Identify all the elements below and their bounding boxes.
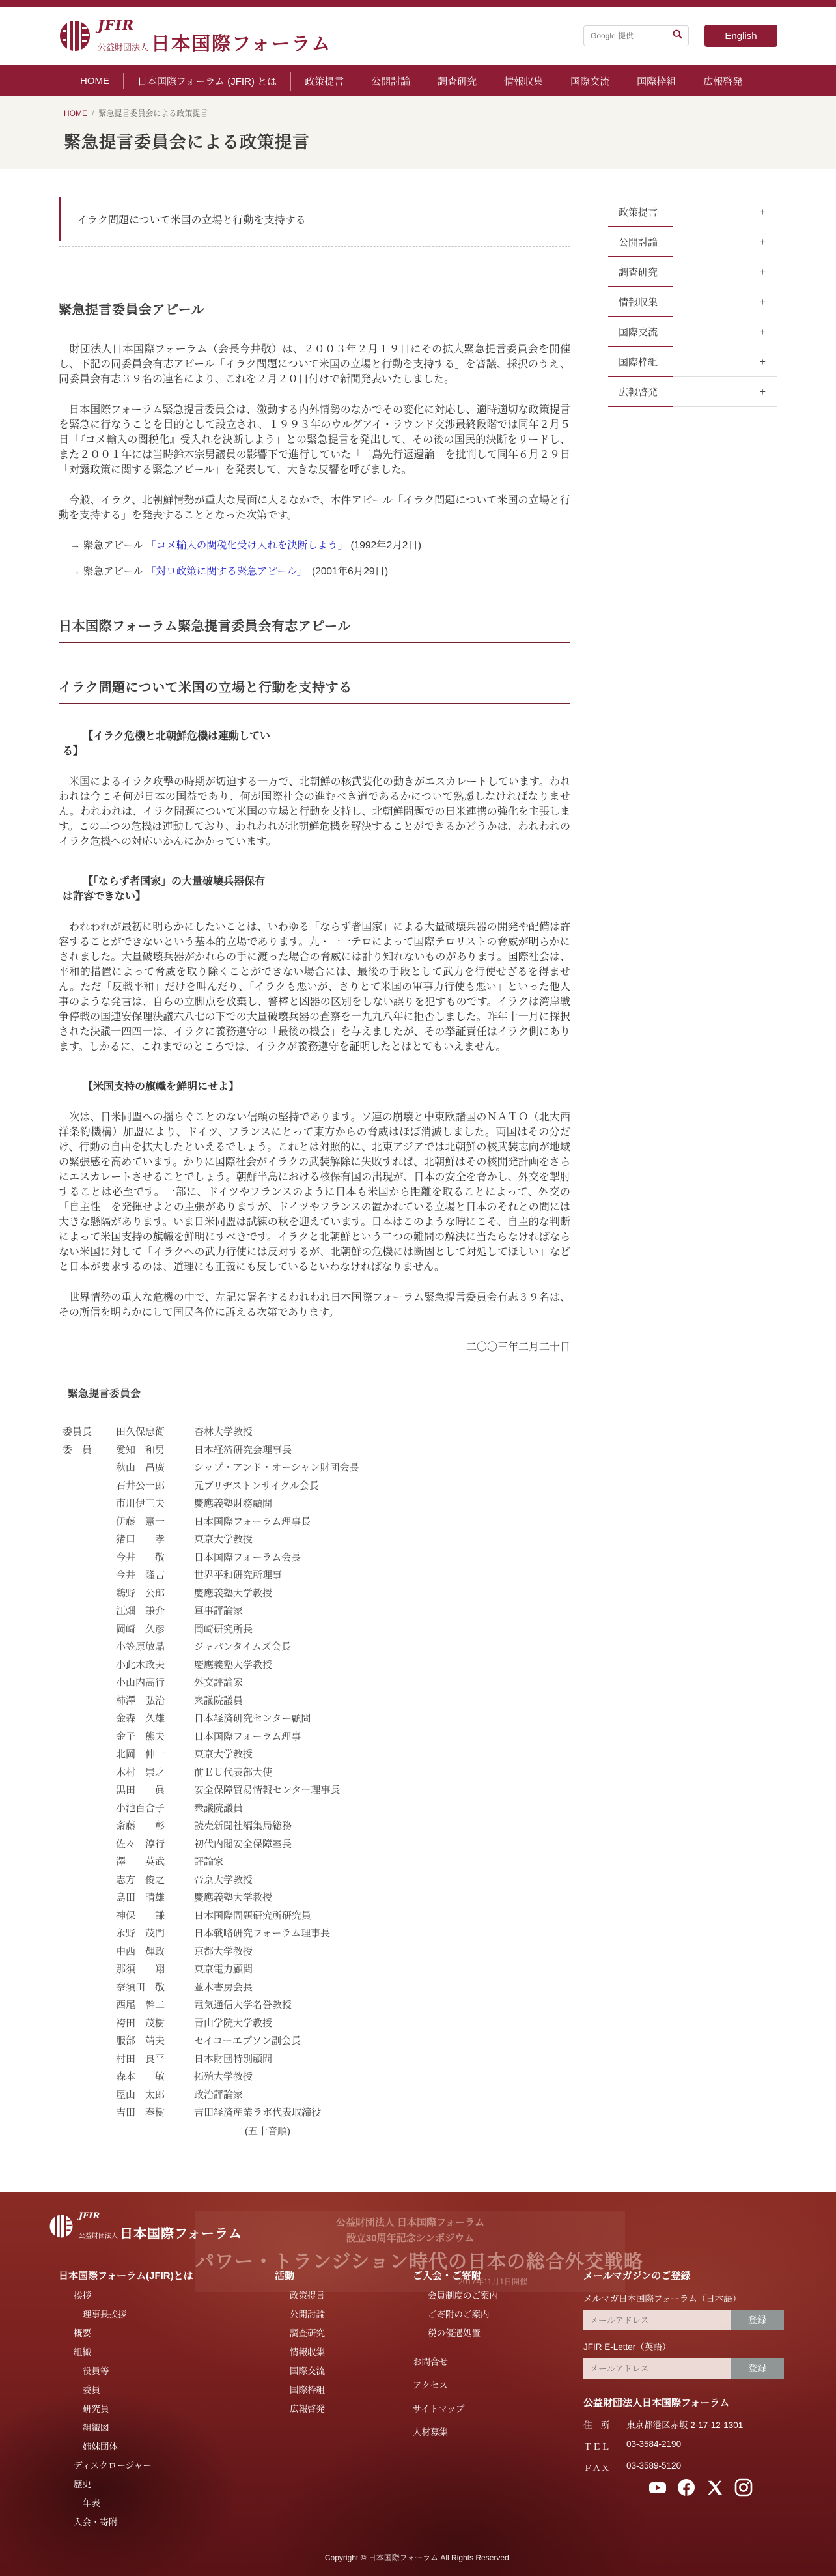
- facebook-icon[interactable]: [677, 2478, 695, 2497]
- member-title: 京都大学教授: [194, 1944, 570, 1958]
- member-row: 小此木政夫 慶應義塾大学教授: [59, 1656, 570, 1674]
- member-name: 村田 良平: [116, 2052, 194, 2065]
- member-name: 志方 俊之: [116, 1873, 194, 1886]
- member-name: 市川伊三夫: [116, 1496, 194, 1510]
- instagram-icon[interactable]: [734, 2478, 753, 2497]
- member-row: 中西 輝政 京都大学教授: [59, 1942, 570, 1960]
- footer-link[interactable]: ご寄附のご案内: [413, 2307, 583, 2320]
- expand-plus-icon[interactable]: +: [759, 356, 766, 369]
- footer-link[interactable]: 入会・寄附: [59, 2515, 275, 2528]
- footer-link[interactable]: 姉妹団体: [59, 2439, 275, 2452]
- paragraph: 財団法人日本国際フォーラム（会長今井敬）は、２００３年２月１９日にその拡大緊急提…: [59, 342, 570, 387]
- member-name: 小山内高行: [116, 1675, 194, 1689]
- member-name: 木村 崇之: [116, 1765, 194, 1779]
- nav-item[interactable]: 情報収集: [490, 72, 557, 91]
- member-name: 那須 翔: [116, 1962, 194, 1975]
- member-row: 金森 久雄 日本経済研究センター顧問: [59, 1709, 570, 1727]
- member-row: 委員長 田久保忠衛 杏林大学教授: [59, 1422, 570, 1441]
- logo-entity-type: 公益財団法人: [98, 44, 148, 52]
- member-name: 吉田 春樹: [116, 2105, 194, 2119]
- footer-link[interactable]: 公開討論: [275, 2307, 413, 2320]
- footer-col-about: 日本国際フォーラム(JFIR)とは 挨拶理事長挨拶概要組織役員等委員研究員組織図…: [59, 2269, 275, 2528]
- footer-jfir-logo[interactable]: JFIR 公益財団法人 日本国際フォーラム: [49, 2210, 242, 2242]
- member-title: 吉田経済産業ラボ代表取締役: [194, 2105, 570, 2119]
- address-label: 住 所: [583, 2418, 626, 2431]
- footer-link[interactable]: 組織: [59, 2345, 275, 2358]
- section-heading-appeal-title: イラク問題について米国の立場と行動を支持する: [59, 677, 570, 704]
- member-name: 佐々 淳行: [116, 1837, 194, 1850]
- footer-link[interactable]: 情報収集: [275, 2345, 413, 2358]
- nav-item[interactable]: 広報啓発: [690, 72, 756, 91]
- member-row: 神保 謙 日本国際問題研究所研究員: [59, 1906, 570, 1925]
- order-note: (五十音順): [245, 2124, 570, 2138]
- member-name: 鵜野 公郎: [116, 1586, 194, 1600]
- link-prefix: 緊急アピール: [83, 540, 143, 551]
- member-role: 委員長: [59, 1424, 116, 1438]
- jfir-logo-icon: [59, 20, 91, 52]
- sub-heading: 【米国支持の旗幟を鮮明にせよ】: [59, 1079, 570, 1094]
- member-name: 岡崎 久彦: [116, 1622, 194, 1635]
- member-name: 小此木政夫: [116, 1658, 194, 1671]
- sidebar-item-label: 政策提言: [608, 205, 658, 219]
- related-appeal-link[interactable]: 「対ロ政策に関する緊急アピール」: [146, 566, 301, 577]
- member-row: 村田 良平 日本財団特別顧問: [59, 2050, 570, 2068]
- sidebar-item-label: 情報収集: [608, 295, 658, 309]
- footer-link[interactable]: 調査研究: [275, 2326, 413, 2339]
- sidebar-item[interactable]: 国際枠組 +: [608, 347, 777, 377]
- member-row: 岡崎 久彦 岡崎研究所長: [59, 1620, 570, 1638]
- member-title: 慶應義塾大学教授: [194, 1890, 570, 1904]
- footer-link[interactable]: 概要: [59, 2326, 275, 2339]
- member-row: 小池百合子 衆議院議員: [59, 1799, 570, 1817]
- appeal-quote-text: イラク問題について米国の立場と行動を支持する: [59, 197, 570, 241]
- site-footer: 公益財団法人 日本国際フォーラム 設立30周年記念シンポジウム パワー・トランジ…: [0, 2192, 836, 2576]
- footer-link[interactable]: 歴史: [59, 2477, 275, 2490]
- jfir-logo[interactable]: JFIR 公益財団法人 日本国際フォーラム: [59, 18, 331, 53]
- newsletter-jp-label: メルマガ日本国際フォーラム（日本語）: [583, 2291, 784, 2304]
- breadcrumb-separator: /: [92, 109, 94, 118]
- fax-value: 03-3589-5120: [626, 2461, 681, 2474]
- footer-col-activities-header[interactable]: 活動: [275, 2271, 294, 2282]
- member-title: 慶應義塾財務顧問: [194, 1496, 570, 1510]
- footer-jfir-logo-icon: [49, 2214, 74, 2239]
- member-name: 愛知 和男: [116, 1443, 194, 1456]
- member-row: 柿澤 弘治 衆議院議員: [59, 1691, 570, 1710]
- footer-link[interactable]: 研究員: [59, 2401, 275, 2414]
- member-name: 袴田 茂樹: [116, 2016, 194, 2030]
- member-title: 日本財団特別顧問: [194, 2052, 570, 2065]
- footer-link[interactable]: 挨拶: [59, 2288, 275, 2301]
- member-name: 秋山 昌廣: [116, 1460, 194, 1474]
- paragraph: 今般、イラク、北朝鮮情勢が重大な局面に入るなかで、本件アピール「イラク問題につい…: [59, 493, 570, 523]
- expand-plus-icon[interactable]: +: [759, 206, 766, 219]
- link-prefix: 緊急アピール: [83, 566, 143, 577]
- nav-item[interactable]: 国際交流: [557, 72, 623, 91]
- member-title: 並木書房会長: [194, 1980, 570, 1994]
- member-title: 東京大学教授: [194, 1532, 570, 1546]
- tel-label: ＴＥＬ: [583, 2439, 626, 2452]
- member-name: 中西 輝政: [116, 1944, 194, 1958]
- paragraph: 世界情勢の重大な危機の中で、左記に署名するわれわれ日本国際フォーラム緊急提言委員…: [59, 1290, 570, 1320]
- footer-org-name: 公益財団法人日本国際フォーラム: [583, 2396, 784, 2409]
- sidebar-item-label: 国際交流: [608, 325, 658, 339]
- sidebar-item-label: 調査研究: [608, 265, 658, 279]
- sub-heading: 【イラク危機と北朝鮮危機は連動してい る】: [59, 729, 570, 759]
- sidebar: 政策提言 + 公開討論 + 調査研究 + 情報収集: [608, 197, 777, 407]
- member-name: 今井 隆吉: [116, 1568, 194, 1581]
- member-row: 澤 英武 評論家: [59, 1852, 570, 1871]
- appeal-date: 二〇〇三年二月二十日: [59, 1338, 570, 1353]
- member-row: 市川伊三夫 慶應義塾財務顧問: [59, 1494, 570, 1512]
- member-title: 日本経済研究センター顧問: [194, 1711, 570, 1725]
- member-name: 澤 英武: [116, 1854, 194, 1868]
- member-row: 木村 崇之 前ＥＵ代表部大使: [59, 1763, 570, 1781]
- footer-link[interactable]: 国際交流: [275, 2364, 413, 2377]
- related-appeal-link-row: → 緊急アピール 「コメ輸入の関税化受け入れを決断しよう」 (1992年2月2日…: [70, 537, 570, 552]
- fax-label: ＦＡＸ: [583, 2461, 626, 2474]
- member-row: 森本 敏 拓殖大学教授: [59, 2067, 570, 2086]
- section-heading-appeal: 緊急提言委員会アピール: [59, 299, 570, 326]
- appeal-quote-block: イラク問題について米国の立場と行動を支持する: [59, 197, 570, 247]
- member-title: 軍事評論家: [194, 1604, 570, 1617]
- expand-plus-icon[interactable]: +: [759, 326, 766, 339]
- search-icon[interactable]: [672, 29, 683, 43]
- member-row: 今井 隆吉 世界平和研究所理事: [59, 1566, 570, 1584]
- footer-link[interactable]: アクセス: [413, 2378, 583, 2391]
- member-row: 吉田 春樹 吉田経済産業ラボ代表取締役: [59, 2103, 570, 2121]
- member-name: 屋山 太郎: [116, 2088, 194, 2101]
- main-nav: HOME日本国際フォーラム (JFIR) とは政策提言公開討論調査研究情報収集国…: [0, 65, 836, 96]
- footer-link[interactable]: 政策提言: [275, 2288, 413, 2301]
- banner-line2: 設立30周年記念シンポジウム: [195, 2231, 625, 2244]
- footer-link[interactable]: 会員制度のご案内: [413, 2288, 583, 2301]
- breadcrumb-home-link[interactable]: HOME: [64, 109, 87, 118]
- member-name: 北岡 伸一: [116, 1747, 194, 1761]
- member-name: 田久保忠衛: [116, 1424, 194, 1438]
- article: イラク問題について米国の立場と行動を支持する 緊急提言委員会アピール 財団法人日…: [59, 169, 570, 2138]
- member-title: 日本国際問題研究所研究員: [194, 1908, 570, 1922]
- member-row: 志方 俊之 帝京大学教授: [59, 1871, 570, 1889]
- member-title: 東京電力顧問: [194, 1962, 570, 1975]
- member-title: 初代内閣安全保障室長: [194, 1837, 570, 1850]
- youtube-icon[interactable]: [648, 2478, 667, 2497]
- nav-item[interactable]: 調査研究: [424, 72, 490, 91]
- footer-org-info: 公益財団法人日本国際フォーラム 住 所東京都港区赤坂 2-17-12-1301 …: [583, 2396, 784, 2474]
- logo-jfir-text: JFIR: [98, 17, 134, 33]
- member-name: 神保 謙: [116, 1908, 194, 1922]
- sidebar-item[interactable]: 公開討論 +: [608, 227, 777, 257]
- member-title: シップ・アンド・オーシャン財団会長: [194, 1460, 570, 1474]
- newsletter-en-label: JFIR E-Letter（英語）: [583, 2340, 784, 2353]
- footer-col-activities: 活動 政策提言公開討論調査研究情報収集国際交流国際枠組広報啓発: [275, 2269, 413, 2528]
- copyright: Copyright © 日本国際フォーラム All Rights Reserve…: [0, 2552, 836, 2563]
- sidebar-item-label: 国際枠組: [608, 355, 658, 369]
- member-title: 前ＥＵ代表部大使: [194, 1765, 570, 1779]
- member-title: 元ブリヂストンサイクル会長: [194, 1479, 570, 1492]
- social-links: [648, 2478, 753, 2497]
- member-title: 日本国際フォーラム会長: [194, 1550, 570, 1564]
- paragraph: 次は、日米同盟への揺らぐことのない信頼の堅持であります。ソ連の崩壊と中東欧諸国の…: [59, 1110, 570, 1275]
- footer-col-membership: ご入会・ご寄附 会員制度のご案内ご寄附のご案内税の優遇処置 お問合せアクセスサイ…: [413, 2269, 583, 2528]
- link-date: (2001年6月29日): [302, 566, 389, 577]
- member-row: 西尾 幹二 電気通信大学名誉教授: [59, 1996, 570, 2014]
- member-name: 島田 晴雄: [116, 1890, 194, 1904]
- member-name: 江畑 謙介: [116, 1604, 194, 1617]
- member-row: 奈須田 敬 並木書房会長: [59, 1978, 570, 1996]
- member-title: 評論家: [194, 1854, 570, 1868]
- sidebar-item[interactable]: 調査研究 +: [608, 257, 777, 287]
- member-name: 猪口 孝: [116, 1532, 194, 1546]
- member-row: 那須 翔 東京電力顧問: [59, 1960, 570, 1978]
- footer-link[interactable]: 国際枠組: [275, 2383, 413, 2396]
- member-row: 袴田 茂樹 青山学院大学教授: [59, 2014, 570, 2032]
- search-input[interactable]: [589, 31, 657, 41]
- member-title: ジャパンタイムズ会長: [194, 1639, 570, 1653]
- footer-link[interactable]: 組織図: [59, 2420, 275, 2433]
- member-name: 今井 敬: [116, 1550, 194, 1564]
- member-role: 委 員: [59, 1443, 116, 1456]
- logo-org-name: 日本国際フォーラム: [151, 35, 331, 53]
- sub-heading: 【「ならず者国家」の大量破壊兵器保有 は許容できない】: [59, 874, 570, 904]
- member-row: 島田 晴雄 慶應義塾大学教授: [59, 1888, 570, 1906]
- member-name: 奈須田 敬: [116, 1980, 194, 1994]
- footer-link[interactable]: お問合せ: [413, 2355, 583, 2368]
- member-row: 金子 熊夫 日本国際フォーラム理事: [59, 1727, 570, 1746]
- nav-item[interactable]: HOME: [66, 73, 124, 89]
- member-title: 衆議院議員: [194, 1693, 570, 1707]
- member-row: 鵜野 公郎 慶應義塾大学教授: [59, 1584, 570, 1602]
- footer-link[interactable]: 役員等: [59, 2364, 275, 2377]
- footer-link[interactable]: 理事長挨拶: [59, 2307, 275, 2320]
- member-title: 岡崎研究所長: [194, 1622, 570, 1635]
- member-name: 服部 靖夫: [116, 2033, 194, 2047]
- footer-link[interactable]: 税の優遇処置: [413, 2326, 583, 2339]
- member-row: 江畑 謙介 軍事評論家: [59, 1602, 570, 1620]
- paragraph: われわれが最初に明らかにしたいことは、いわゆる「ならず者国家」による大量破壊兵器…: [59, 920, 570, 1054]
- member-name: 西尾 幹二: [116, 1998, 194, 2011]
- nav-item[interactable]: 日本国際フォーラム (JFIR) とは: [124, 72, 291, 91]
- footer-col-membership-header[interactable]: ご入会・ご寄附: [413, 2271, 481, 2282]
- link-date: (1992年2月2日): [348, 540, 421, 551]
- nav-item[interactable]: 公開討論: [357, 72, 424, 91]
- member-title: 政治評論家: [194, 2088, 570, 2101]
- member-row: 佐々 淳行 初代内閣安全保障室長: [59, 1835, 570, 1853]
- member-row: 服部 靖夫 セイコーエプソン副会長: [59, 2031, 570, 2050]
- member-title: 日本国際フォーラム理事: [194, 1729, 570, 1743]
- member-row: 秋山 昌廣 シップ・アンド・オーシャン財団会長: [59, 1458, 570, 1477]
- nav-item[interactable]: 政策提言: [291, 72, 357, 91]
- sidebar-item[interactable]: 広報啓発 +: [608, 377, 777, 407]
- x-icon[interactable]: [706, 2478, 724, 2497]
- member-title: セイコーエプソン副会長: [194, 2033, 570, 2047]
- member-name: 石井公一郎: [116, 1479, 194, 1492]
- expand-plus-icon[interactable]: +: [759, 296, 766, 309]
- member-row: 伊藤 憲一 日本国際フォーラム理事長: [59, 1512, 570, 1531]
- member-row: 北岡 伸一 東京大学教授: [59, 1745, 570, 1763]
- member-title: 安全保障貿易情報センター理事長: [194, 1783, 570, 1796]
- member-title: 拓殖大学教授: [194, 2069, 570, 2083]
- member-title: 衆議院議員: [194, 1801, 570, 1815]
- page: JFIR 公益財団法人 日本国際フォーラム English: [0, 0, 836, 2576]
- site-search[interactable]: [583, 25, 689, 46]
- footer-link[interactable]: 人材募集: [413, 2425, 583, 2438]
- member-row: 石井公一郎 元ブリヂストンサイクル会長: [59, 1477, 570, 1495]
- english-button[interactable]: English: [704, 25, 777, 47]
- site-header: JFIR 公益財団法人 日本国際フォーラム English: [0, 7, 836, 65]
- footer-link[interactable]: 広報啓発: [275, 2401, 413, 2414]
- member-name: 金森 久雄: [116, 1711, 194, 1725]
- sidebar-item[interactable]: 情報収集 +: [608, 287, 777, 317]
- arrow-icon: →: [70, 566, 81, 577]
- page-heading-band: HOME/緊急提言委員会による政策提言 緊急提言委員会による政策提言: [0, 96, 836, 169]
- arrow-icon: →: [70, 540, 81, 551]
- banner-line1: 公益財団法人 日本国際フォーラム: [195, 2215, 625, 2229]
- member-name: 小池百合子: [116, 1801, 194, 1815]
- member-row: 斎藤 彰 読売新聞社編集局総務: [59, 1817, 570, 1835]
- member-row: 黒田 眞 安全保障貿易情報センター理事長: [59, 1781, 570, 1799]
- member-list: 委員長 田久保忠衛 杏林大学教授 委 員 愛知 和男 日本経済研究会理事長 秋山…: [59, 1422, 570, 2121]
- address-value: 東京都港区赤坂 2-17-12-1301: [626, 2418, 743, 2431]
- page-title: 緊急提言委員会による政策提言: [64, 129, 777, 153]
- footer-link[interactable]: 年表: [59, 2496, 275, 2509]
- member-title: 帝京大学教授: [194, 1873, 570, 1886]
- sidebar-item-label: 広報啓発: [608, 385, 658, 399]
- breadcrumb-current: 緊急提言委員会による政策提言: [98, 109, 208, 118]
- related-appeal-link-row: → 緊急アピール 「対ロ政策に関する緊急アピール」 (2001年6月29日): [70, 563, 570, 578]
- newsletter-en-submit-button[interactable]: 登録: [731, 2358, 784, 2379]
- footer-logo-entity-type: 公益財団法人: [79, 2230, 118, 2240]
- expand-plus-icon[interactable]: +: [759, 236, 766, 249]
- top-accent-bar: [0, 0, 836, 7]
- sidebar-item[interactable]: 国際交流 +: [608, 317, 777, 347]
- member-name: 永野 茂門: [116, 1926, 194, 1940]
- footer-logo-org-name: 日本国際フォーラム: [120, 2223, 242, 2242]
- footer-link[interactable]: 委員: [59, 2383, 275, 2396]
- member-title: 世界平和研究所理事: [194, 1568, 570, 1581]
- expand-plus-icon[interactable]: +: [759, 386, 766, 399]
- member-title: 電気通信大学名誉教授: [194, 1998, 570, 2011]
- nav-item[interactable]: 国際枠組: [623, 72, 690, 91]
- logo-text: JFIR 公益財団法人 日本国際フォーラム: [98, 18, 331, 53]
- tel-value: 03-3584-2190: [626, 2439, 681, 2452]
- member-name: 金子 熊夫: [116, 1729, 194, 1743]
- member-title: 日本戦略研究フォーラム理事長: [194, 1926, 570, 1940]
- newsletter-header: メールマガジンのご登録: [583, 2269, 784, 2282]
- member-name: 森本 敏: [116, 2069, 194, 2083]
- member-title: 読売新聞社編集局総務: [194, 1819, 570, 1832]
- member-title: 東京大学教授: [194, 1747, 570, 1761]
- footer-link[interactable]: サイトマップ: [413, 2401, 583, 2414]
- member-row: 屋山 太郎 政治評論家: [59, 2086, 570, 2104]
- sidebar-item-label: 公開討論: [608, 235, 658, 249]
- member-title: 青山学院大学教授: [194, 2016, 570, 2030]
- member-title: 日本国際フォーラム理事長: [194, 1514, 570, 1528]
- footer-logo-jfir-text: JFIR: [79, 2211, 100, 2221]
- sidebar-item[interactable]: 政策提言 +: [608, 197, 777, 227]
- member-title: 外交評論家: [194, 1675, 570, 1689]
- member-name: 黒田 眞: [116, 1783, 194, 1796]
- member-row: 今井 敬 日本国際フォーラム会長: [59, 1548, 570, 1566]
- member-name: 柿澤 弘治: [116, 1693, 194, 1707]
- member-name: 伊藤 憲一: [116, 1514, 194, 1528]
- expand-plus-icon[interactable]: +: [759, 266, 766, 279]
- related-appeal-link[interactable]: 「コメ輸入の関税化受け入れを決断しよう」: [146, 540, 348, 551]
- member-title: 杏林大学教授: [194, 1424, 570, 1438]
- paragraph: 日本国際フォーラム緊急提言委員会は、激動する内外情勢のなかでその変化に対応し、適…: [59, 403, 570, 477]
- committee-title: 緊急提言委員会: [59, 1385, 570, 1400]
- member-title: 慶應義塾大学教授: [194, 1586, 570, 1600]
- footer-col-about-header[interactable]: 日本国際フォーラム(JFIR)とは: [59, 2271, 193, 2282]
- section-heading-signed-appeal: 日本国際フォーラム緊急提言委員会有志アピール: [59, 616, 570, 643]
- breadcrumb: HOME/緊急提言委員会による政策提言: [64, 107, 777, 119]
- member-row: 小山内高行 外交評論家: [59, 1673, 570, 1691]
- member-name: 小笠原敏晶: [116, 1639, 194, 1653]
- member-title: 日本経済研究会理事長: [194, 1443, 570, 1456]
- member-name: 斎藤 彰: [116, 1819, 194, 1832]
- newsletter-jp-email-input[interactable]: [583, 2310, 731, 2330]
- footer-link[interactable]: ディスクロージャー: [59, 2458, 275, 2471]
- member-title: 慶應義塾大学教授: [194, 1658, 570, 1671]
- paragraph: 米国によるイラク攻撃の時期が切迫する一方で、北朝鮮の核武装化の動きがエスカレート…: [59, 774, 570, 849]
- newsletter-en-email-input[interactable]: [583, 2358, 731, 2379]
- newsletter-jp-submit-button[interactable]: 登録: [731, 2310, 784, 2330]
- member-row: 小笠原敏晶 ジャパンタイムズ会長: [59, 1637, 570, 1656]
- member-row: 委 員 愛知 和男 日本経済研究会理事長: [59, 1441, 570, 1459]
- member-row: 永野 茂門 日本戦略研究フォーラム理事長: [59, 1924, 570, 1942]
- member-row: 猪口 孝 東京大学教授: [59, 1530, 570, 1548]
- divider: [59, 1368, 570, 1368]
